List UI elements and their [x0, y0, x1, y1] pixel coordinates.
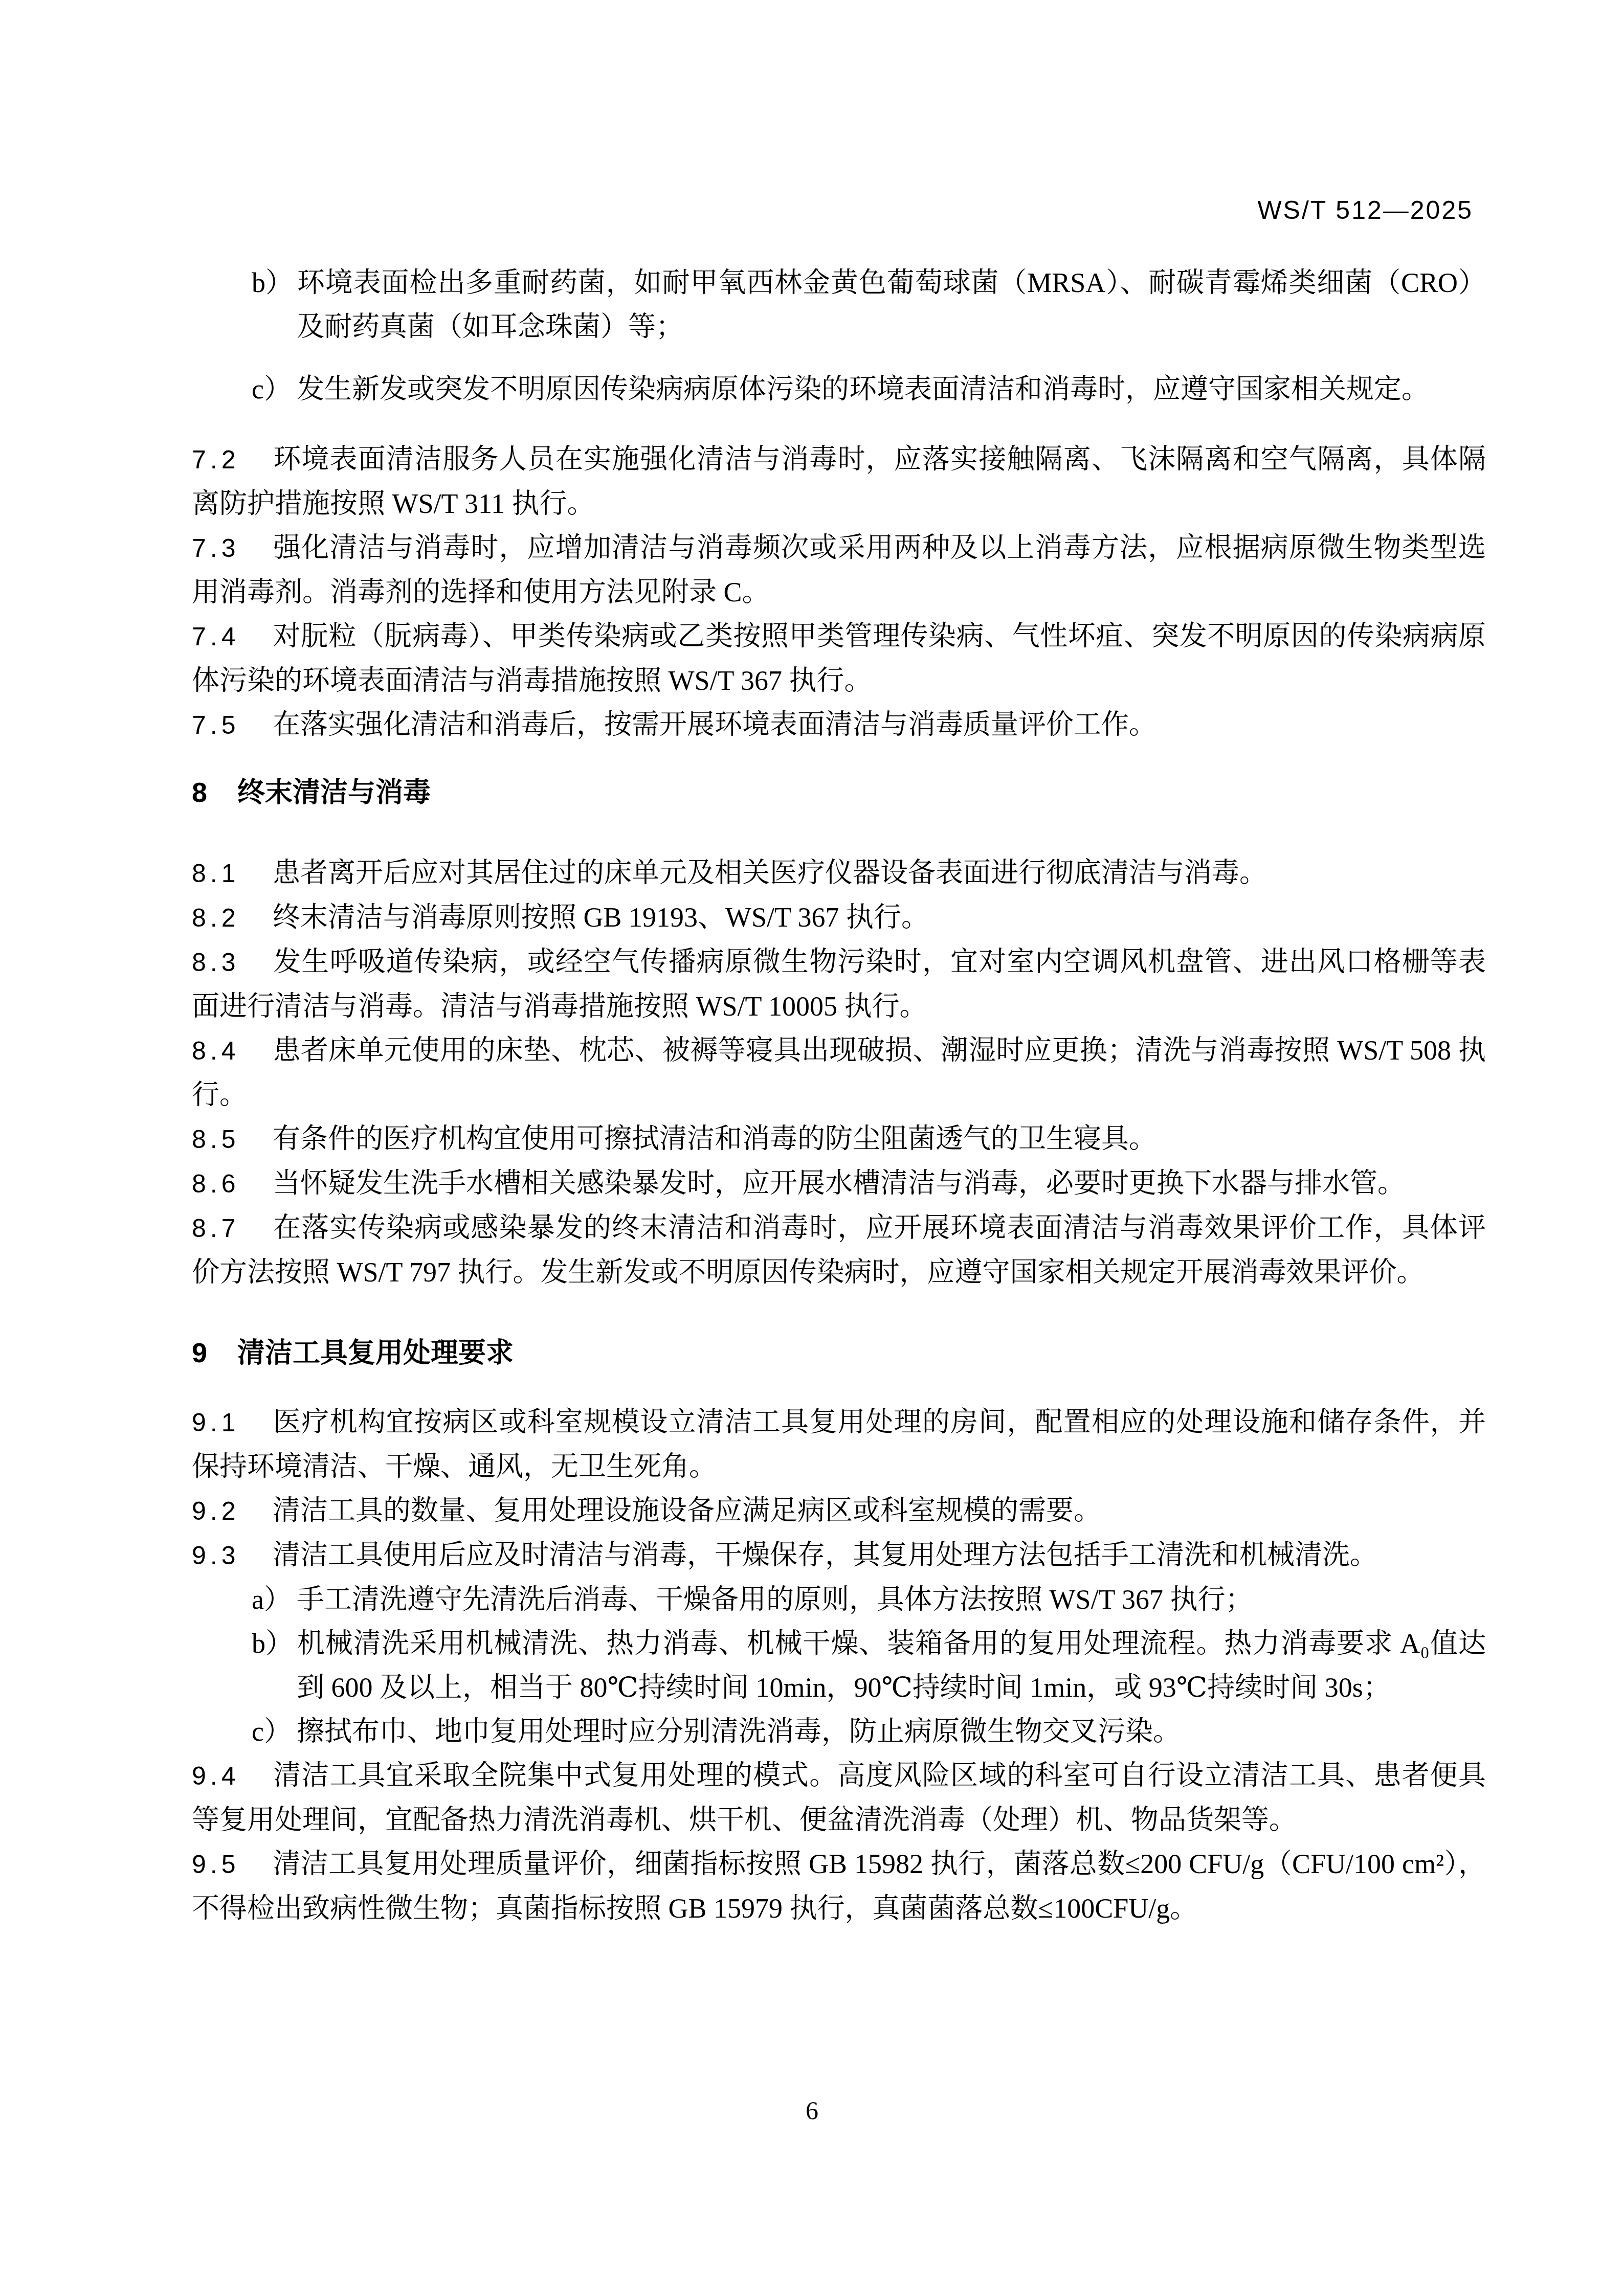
clause-8-4: 8.4患者床单元使用的床垫、枕芯、被褥等寝具出现破损、潮湿时应更换；清洗与消毒按… [192, 1028, 1486, 1117]
clause-9-5: 9.5清洁工具复用处理质量评价，细菌指标按照 GB 15982 执行，菌落总数≤… [192, 1842, 1486, 1930]
section-title: 清洁工具复用处理要求 [237, 1338, 514, 1368]
clause-text: 有条件的医疗机构宜使用可擦拭清洁和消毒的防尘阻菌透气的卫生寝具。 [273, 1123, 1156, 1154]
clause-8-3: 8.3发生呼吸道传染病，或经空气传播病原微生物污染时，宜对室内空调风机盘管、进出… [192, 940, 1486, 1028]
list-item-text: 环境表面检出多重耐药菌，如耐甲氧西林金黄色葡萄球菌（MRSA）、耐碳青霉烯类细菌… [297, 267, 1486, 342]
clause-number: 9.2 [192, 1489, 273, 1533]
clause-number: 8.1 [192, 851, 273, 895]
list-item-b-intro: b）环境表面检出多重耐药菌，如耐甲氧西林金黄色葡萄球菌（MRSA）、耐碳青霉烯类… [252, 261, 1486, 349]
clause-text: 清洁工具复用处理质量评价，细菌指标按照 GB 15982 执行，菌落总数≤200… [192, 1849, 1486, 1924]
clause-number: 8.4 [192, 1029, 273, 1073]
clause-8-1: 8.1患者离开后应对其居住过的床单元及相关医疗仪器设备表面进行彻底清洁与消毒。 [192, 851, 1486, 895]
section-8-heading: 8终末清洁与消毒 [192, 771, 1486, 815]
section-9-heading: 9清洁工具复用处理要求 [192, 1331, 1486, 1375]
clause-text: 在落实强化清洁和消毒后，按需开展环境表面清洁与消毒质量评价工作。 [273, 709, 1156, 740]
list-item-9-3-c: c）擦拭布巾、地巾复用处理时应分别清洗消毒，防止病原微生物交叉污染。 [252, 1709, 1486, 1753]
clause-9-2: 9.2清洁工具的数量、复用处理设施设备应满足病区或科室规模的需要。 [192, 1489, 1486, 1533]
clause-text: 终末清洁与消毒原则按照 GB 19193、WS/T 367 执行。 [273, 902, 929, 933]
list-item-marker: c） [252, 367, 297, 411]
clause-number: 8.5 [192, 1117, 273, 1161]
list-item-c-intro: c）发生新发或突发不明原因传染病病原体污染的环境表面清洁和消毒时，应遵守国家相关… [252, 367, 1486, 411]
clause-7-5: 7.5在落实强化清洁和消毒后，按需开展环境表面清洁与消毒质量评价工作。 [192, 703, 1486, 747]
section-number: 8 [192, 771, 237, 815]
list-item-9-3-b: b）机械清洗采用机械清洗、热力消毒、机械干燥、装箱备用的复用处理流程。热力消毒要… [252, 1622, 1486, 1709]
list-item-text: 擦拭布巾、地巾复用处理时应分别清洗消毒，防止病原微生物交叉污染。 [297, 1716, 1181, 1747]
clause-number: 7.2 [192, 438, 273, 482]
clause-text: 清洁工具使用后应及时清洁与消毒，干燥保存，其复用处理方法包括手工清洗和机械清洗。 [273, 1540, 1377, 1570]
clause-7-4: 7.4对朊粒（朊病毒）、甲类传染病或乙类按照甲类管理传染病、气性坏疽、突发不明原… [192, 614, 1486, 703]
clause-9-3: 9.3清洁工具使用后应及时清洁与消毒，干燥保存，其复用处理方法包括手工清洗和机械… [192, 1533, 1486, 1578]
list-item-text: 机械清洗采用机械清洗、热力消毒、机械干燥、装箱备用的复用处理流程。热力消毒要求 … [297, 1628, 1486, 1703]
list-item-marker: c） [252, 1709, 297, 1753]
clause-text: 强化清洁与消毒时，应增加清洁与消毒频次或采用两种及以上消毒方法，应根据病原微生物… [192, 532, 1486, 607]
clause-7-2: 7.2环境表面清洁服务人员在实施强化清洁与消毒时，应落实接触隔离、飞沫隔离和空气… [192, 437, 1486, 526]
clause-number: 9.1 [192, 1401, 273, 1445]
clause-8-6: 8.6当怀疑发生洗手水槽相关感染暴发时，应开展水槽清洁与消毒，必要时更换下水器与… [192, 1161, 1486, 1206]
clause-number: 9.3 [192, 1534, 273, 1578]
clause-9-1: 9.1医疗机构宜按病区或科室规模设立清洁工具复用处理的房间，配置相应的处理设施和… [192, 1400, 1486, 1489]
page-number: 6 [0, 2088, 1624, 2132]
clause-9-4: 9.4清洁工具宜采取全院集中式复用处理的模式。高度风险区域的科室可自行设立清洁工… [192, 1753, 1486, 1842]
clause-number: 7.4 [192, 615, 273, 659]
document-page: WS/T 512—2025 b）环境表面检出多重耐药菌，如耐甲氧西林金黄色葡萄球… [0, 0, 1624, 2296]
clause-text: 清洁工具宜采取全院集中式复用处理的模式。高度风险区域的科室可自行设立清洁工具、患… [192, 1760, 1486, 1835]
clause-8-7: 8.7在落实传染病或感染暴发的终末清洁和消毒时，应开展环境表面清洁与消毒效果评价… [192, 1206, 1486, 1294]
clause-text: 患者离开后应对其居住过的床单元及相关医疗仪器设备表面进行彻底清洁与消毒。 [273, 858, 1267, 888]
clause-number: 8.2 [192, 896, 273, 940]
clause-text: 当怀疑发生洗手水槽相关感染暴发时，应开展水槽清洁与消毒，必要时更换下水器与排水管… [273, 1168, 1405, 1199]
clause-number: 7.3 [192, 526, 273, 570]
clause-number: 8.3 [192, 940, 273, 984]
clause-7-3: 7.3强化清洁与消毒时，应增加清洁与消毒频次或采用两种及以上消毒方法，应根据病原… [192, 526, 1486, 614]
clause-8-5: 8.5有条件的医疗机构宜使用可擦拭清洁和消毒的防尘阻菌透气的卫生寝具。 [192, 1117, 1486, 1161]
clause-number: 8.6 [192, 1162, 273, 1206]
list-item-9-3-a: a）手工清洗遵守先清洗后消毒、干燥备用的原则，具体方法按照 WS/T 367 执… [252, 1578, 1486, 1622]
clause-text: 在落实传染病或感染暴发的终末清洁和消毒时，应开展环境表面清洁与消毒效果评价工作，… [192, 1212, 1486, 1288]
section-title: 终末清洁与消毒 [237, 777, 431, 808]
clause-text: 患者床单元使用的床垫、枕芯、被褥等寝具出现破损、潮湿时应更换；清洗与消毒按照 W… [192, 1035, 1486, 1110]
clause-text: 对朊粒（朊病毒）、甲类传染病或乙类按照甲类管理传染病、气性坏疽、突发不明原因的传… [192, 621, 1486, 696]
list-item-marker: b） [252, 261, 297, 305]
list-item-marker: a） [252, 1578, 297, 1622]
list-item-marker: b） [252, 1622, 297, 1665]
section-number: 9 [192, 1331, 237, 1375]
clause-text: 清洁工具的数量、复用处理设施设备应满足病区或科室规模的需要。 [273, 1495, 1101, 1526]
clause-text: 环境表面清洁服务人员在实施强化清洁与消毒时，应落实接触隔离、飞沫隔离和空气隔离，… [192, 444, 1486, 519]
page-content: b）环境表面检出多重耐药菌，如耐甲氧西林金黄色葡萄球菌（MRSA）、耐碳青霉烯类… [192, 0, 1486, 1930]
clause-text: 发生呼吸道传染病，或经空气传播病原微生物污染时，宜对室内空调风机盘管、进出风口格… [192, 947, 1486, 1022]
clause-8-2: 8.2终末清洁与消毒原则按照 GB 19193、WS/T 367 执行。 [192, 895, 1486, 940]
clause-number: 9.4 [192, 1754, 273, 1798]
list-item-text: 手工清洗遵守先清洗后消毒、干燥备用的原则，具体方法按照 WS/T 367 执行； [297, 1584, 1253, 1615]
clause-number: 7.5 [192, 703, 273, 747]
clause-number: 9.5 [192, 1842, 273, 1886]
list-item-text: 发生新发或突发不明原因传染病病原体污染的环境表面清洁和消毒时，应遵守国家相关规定… [297, 374, 1429, 404]
clause-text: 医疗机构宜按病区或科室规模设立清洁工具复用处理的房间，配置相应的处理设施和储存条… [192, 1407, 1486, 1482]
clause-number: 8.7 [192, 1206, 273, 1250]
